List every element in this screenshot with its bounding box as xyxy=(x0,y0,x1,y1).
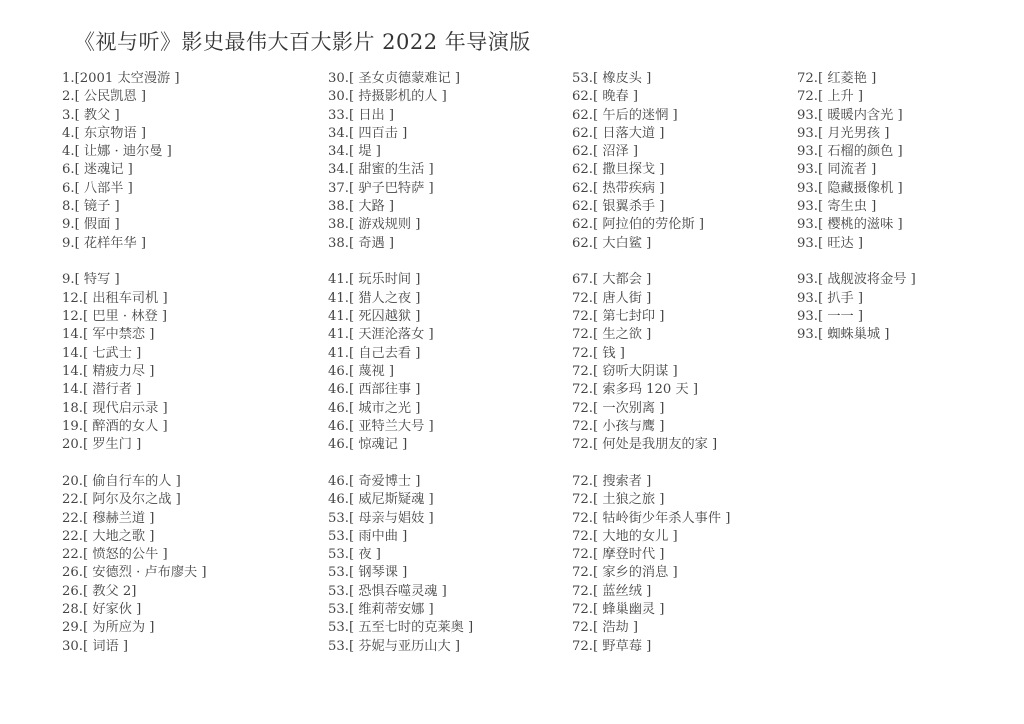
rank-number: 72. xyxy=(572,474,593,489)
list-item: 72.[ 生之欲 ] xyxy=(572,326,812,344)
rank-number: 41. xyxy=(328,327,349,342)
list-group: 67.[ 大都会 ]72.[ 唐人街 ]72.[ 第七封印 ]72.[ 生之欲 … xyxy=(572,271,812,454)
rank-number: 14. xyxy=(62,364,83,379)
list-item: 93.[ 暖暖内含光 ] xyxy=(797,107,1024,125)
list-item: 53.[ 维莉蒂安娜 ] xyxy=(328,601,568,619)
list-group: 41.[ 玩乐时间 ]41.[ 猎人之夜 ]41.[ 死囚越狱 ]41.[ 天涯… xyxy=(328,271,568,454)
rank-number: 1. xyxy=(62,71,75,86)
list-group: 46.[ 奇爱博士 ]46.[ 威尼斯疑魂 ]53.[ 母亲与娼妓 ]53.[ … xyxy=(328,473,568,656)
film-title: [ 猎人之夜 ] xyxy=(349,291,420,306)
rank-number: 19. xyxy=(62,419,83,434)
rank-number: 53. xyxy=(572,71,593,86)
film-title: [ 一一 ] xyxy=(818,309,863,324)
film-title: [ 上升 ] xyxy=(818,89,863,104)
rank-number: 46. xyxy=(328,474,349,489)
rank-number: 72. xyxy=(572,547,593,562)
film-title: [ 土狼之旅 ] xyxy=(593,492,664,507)
rank-number: 34. xyxy=(328,162,349,177)
list-item: 62.[ 热带疾病 ] xyxy=(572,180,812,198)
rank-number: 93. xyxy=(797,291,818,306)
film-title: [ 愤怒的公牛 ] xyxy=(83,547,168,562)
rank-number: 62. xyxy=(572,181,593,196)
rank-number: 72. xyxy=(572,419,593,434)
list-item: 1.[2001 太空漫游 ] xyxy=(62,70,302,88)
rank-number: 33. xyxy=(328,108,349,123)
list-item: 22.[ 阿尔及尔之战 ] xyxy=(62,491,302,509)
rank-number: 30. xyxy=(328,71,349,86)
rank-number: 62. xyxy=(572,217,593,232)
film-title: [ 晚春 ] xyxy=(593,89,638,104)
list-item: 3.[ 教父 ] xyxy=(62,107,302,125)
list-group: 30.[ 圣女贞德蒙难记 ]30.[ 持摄影机的人 ]33.[ 日出 ]34.[… xyxy=(328,70,568,253)
list-item: 93.[ 战舰波将金号 ] xyxy=(797,271,1024,289)
list-item: 72.[ 一次别离 ] xyxy=(572,400,812,418)
rank-number: 62. xyxy=(572,236,593,251)
film-title: [ 偷自行车的人 ] xyxy=(83,474,181,489)
list-item: 22.[ 愤怒的公牛 ] xyxy=(62,546,302,564)
film-title: [ 持摄影机的人 ] xyxy=(349,89,447,104)
rank-number: 72. xyxy=(572,382,593,397)
list-item: 72.[ 土狼之旅 ] xyxy=(572,491,812,509)
film-title: [ 堤 ] xyxy=(349,144,381,159)
film-title: [ 摩登时代 ] xyxy=(593,547,664,562)
film-title: [ 西部往事 ] xyxy=(349,382,420,397)
list-item: 72.[ 摩登时代 ] xyxy=(572,546,812,564)
rank-number: 72. xyxy=(572,511,593,526)
film-title: [ 红菱艳 ] xyxy=(818,71,876,86)
film-title: [ 军中禁恋 ] xyxy=(83,327,154,342)
rank-number: 46. xyxy=(328,437,349,452)
rank-number: 26. xyxy=(62,565,83,580)
list-item: 9.[ 假面 ] xyxy=(62,216,302,234)
rank-number: 67. xyxy=(572,272,593,287)
rank-number: 93. xyxy=(797,108,818,123)
film-title: [ 银翼杀手 ] xyxy=(593,199,664,214)
rank-number: 72. xyxy=(572,327,593,342)
rank-number: 20. xyxy=(62,437,83,452)
list-item: 72.[ 蜂巢幽灵 ] xyxy=(572,601,812,619)
rank-number: 53. xyxy=(328,511,349,526)
list-item: 2.[ 公民凯恩 ] xyxy=(62,88,302,106)
rank-number: 93. xyxy=(797,217,818,232)
rank-number: 62. xyxy=(572,126,593,141)
film-title: [ 东京物语 ] xyxy=(75,126,146,141)
film-title: [ 醉酒的女人 ] xyxy=(83,419,168,434)
rank-number: 93. xyxy=(797,126,818,141)
list-item: 72.[ 窃听大阴谋 ] xyxy=(572,363,812,381)
film-title: [ 唐人街 ] xyxy=(593,291,651,306)
list-column: 72.[ 红菱艳 ]72.[ 上升 ]93.[ 暖暖内含光 ]93.[ 月光男孩… xyxy=(797,70,1024,363)
list-item: 22.[ 大地之歌 ] xyxy=(62,528,302,546)
list-item: 62.[ 大白鲨 ] xyxy=(572,235,812,253)
film-title: [ 潜行者 ] xyxy=(83,382,141,397)
list-group: 72.[ 搜索者 ]72.[ 土狼之旅 ]72.[ 牯岭街少年杀人事件 ]72.… xyxy=(572,473,812,656)
rank-number: 72. xyxy=(572,364,593,379)
list-item: 62.[ 撒旦探戈 ] xyxy=(572,161,812,179)
rank-number: 72. xyxy=(572,602,593,617)
film-title: [ 何处是我朋友的家 ] xyxy=(593,437,717,452)
film-title: [ 大都会 ] xyxy=(593,272,651,287)
list-item: 34.[ 堤 ] xyxy=(328,143,568,161)
rank-number: 22. xyxy=(62,529,83,544)
rank-number: 22. xyxy=(62,492,83,507)
list-item: 9.[ 特写 ] xyxy=(62,271,302,289)
film-title: [ 亚特兰大号 ] xyxy=(349,419,434,434)
film-title: [ 沼泽 ] xyxy=(593,144,638,159)
film-title: [ 窃听大阴谋 ] xyxy=(593,364,678,379)
film-title: [ 同流者 ] xyxy=(818,162,876,177)
list-item: 4.[ 让娜 · 迪尔曼 ] xyxy=(62,143,302,161)
rank-number: 29. xyxy=(62,620,83,635)
rank-number: 62. xyxy=(572,144,593,159)
list-item: 72.[ 红菱艳 ] xyxy=(797,70,1024,88)
list-item: 46.[ 亚特兰大号 ] xyxy=(328,418,568,436)
rank-number: 14. xyxy=(62,382,83,397)
rank-number: 72. xyxy=(572,492,593,507)
list-item: 72.[ 何处是我朋友的家 ] xyxy=(572,436,812,454)
film-title: [ 好家伙 ] xyxy=(83,602,141,617)
rank-number: 53. xyxy=(328,529,349,544)
film-title: [ 穆赫兰道 ] xyxy=(83,511,154,526)
film-title: [ 芬妮与亚历山大 ] xyxy=(349,639,460,654)
rank-number: 93. xyxy=(797,272,818,287)
film-title: [ 奇爱博士 ] xyxy=(349,474,420,489)
film-title: [ 巴里 · 林登 ] xyxy=(83,309,167,324)
list-item: 93.[ 寄生虫 ] xyxy=(797,198,1024,216)
film-title: [ 死囚越狱 ] xyxy=(349,309,420,324)
list-item: 62.[ 午后的迷惘 ] xyxy=(572,107,812,125)
list-item: 14.[ 精疲力尽 ] xyxy=(62,363,302,381)
list-item: 30.[ 词语 ] xyxy=(62,638,302,656)
list-item: 72.[ 大地的女儿 ] xyxy=(572,528,812,546)
list-item: 72.[ 索多玛 120 天 ] xyxy=(572,381,812,399)
rank-number: 30. xyxy=(328,89,349,104)
list-item: 62.[ 沼泽 ] xyxy=(572,143,812,161)
list-item: 46.[ 惊魂记 ] xyxy=(328,436,568,454)
rank-number: 53. xyxy=(328,565,349,580)
rank-number: 62. xyxy=(572,108,593,123)
list-item: 53.[ 母亲与娼妓 ] xyxy=(328,510,568,528)
rank-number: 72. xyxy=(572,309,593,324)
rank-number: 14. xyxy=(62,327,83,342)
rank-number: 93. xyxy=(797,144,818,159)
list-item: 93.[ 隐藏摄像机 ] xyxy=(797,180,1024,198)
rank-number: 4. xyxy=(62,126,75,141)
rank-number: 2. xyxy=(62,89,75,104)
list-item: 38.[ 奇遇 ] xyxy=(328,235,568,253)
rank-number: 72. xyxy=(572,401,593,416)
film-title: [ 钢琴课 ] xyxy=(349,565,407,580)
rank-number: 9. xyxy=(62,217,75,232)
list-item: 19.[ 醉酒的女人 ] xyxy=(62,418,302,436)
list-item: 53.[ 钢琴课 ] xyxy=(328,564,568,582)
list-item: 46.[ 奇爱博士 ] xyxy=(328,473,568,491)
rank-number: 93. xyxy=(797,327,818,342)
list-item: 33.[ 日出 ] xyxy=(328,107,568,125)
film-title: [ 让娜 · 迪尔曼 ] xyxy=(75,144,172,159)
list-item: 72.[ 浩劫 ] xyxy=(572,619,812,637)
rank-number: 46. xyxy=(328,492,349,507)
list-item: 93.[ 扒手 ] xyxy=(797,290,1024,308)
film-title: [ 母亲与娼妓 ] xyxy=(349,511,434,526)
film-title: [ 蜂巢幽灵 ] xyxy=(593,602,664,617)
film-title: [ 隐藏摄像机 ] xyxy=(818,181,903,196)
list-item: 28.[ 好家伙 ] xyxy=(62,601,302,619)
film-title: [ 午后的迷惘 ] xyxy=(593,108,678,123)
rank-number: 53. xyxy=(328,639,349,654)
rank-number: 3. xyxy=(62,108,75,123)
film-title: [ 现代启示录 ] xyxy=(83,401,168,416)
list-item: 41.[ 猎人之夜 ] xyxy=(328,290,568,308)
film-title: [ 特写 ] xyxy=(75,272,120,287)
film-title: [ 战舰波将金号 ] xyxy=(818,272,916,287)
rank-number: 46. xyxy=(328,401,349,416)
film-title: [ 天涯沦落女 ] xyxy=(349,327,434,342)
list-item: 6.[ 迷魂记 ] xyxy=(62,161,302,179)
list-item: 14.[ 潜行者 ] xyxy=(62,381,302,399)
rank-number: 18. xyxy=(62,401,83,416)
film-title: [ 奇遇 ] xyxy=(349,236,394,251)
film-title: [ 花样年华 ] xyxy=(75,236,146,251)
rank-number: 12. xyxy=(62,309,83,324)
list-item: 53.[ 五至七时的克莱奥 ] xyxy=(328,619,568,637)
film-title: [ 七武士 ] xyxy=(83,346,141,361)
page-title: 《视与听》影史最伟大百大影片 2022 年导演版 xyxy=(74,26,531,56)
rank-number: 93. xyxy=(797,309,818,324)
rank-number: 41. xyxy=(328,291,349,306)
film-title: [ 樱桃的滋味 ] xyxy=(818,217,903,232)
list-column: 30.[ 圣女贞德蒙难记 ]30.[ 持摄影机的人 ]33.[ 日出 ]34.[… xyxy=(328,70,568,674)
list-item: 4.[ 东京物语 ] xyxy=(62,125,302,143)
film-title: [ 大路 ] xyxy=(349,199,394,214)
rank-number: 72. xyxy=(572,437,593,452)
list-item: 72.[ 唐人街 ] xyxy=(572,290,812,308)
list-item: 14.[ 军中禁恋 ] xyxy=(62,326,302,344)
film-title: [ 教父 ] xyxy=(75,108,120,123)
list-item: 72.[ 蓝丝绒 ] xyxy=(572,583,812,601)
list-group: 1.[2001 太空漫游 ]2.[ 公民凯恩 ]3.[ 教父 ]4.[ 东京物语… xyxy=(62,70,302,253)
rank-number: 6. xyxy=(62,181,75,196)
rank-number: 34. xyxy=(328,126,349,141)
list-item: 12.[ 巴里 · 林登 ] xyxy=(62,308,302,326)
list-item: 53.[ 橡皮头 ] xyxy=(572,70,812,88)
list-item: 72.[ 搜索者 ] xyxy=(572,473,812,491)
film-title: [ 自己去看 ] xyxy=(349,346,420,361)
film-title: [ 扒手 ] xyxy=(818,291,863,306)
list-item: 93.[ 石榴的颜色 ] xyxy=(797,143,1024,161)
list-item: 30.[ 圣女贞德蒙难记 ] xyxy=(328,70,568,88)
rank-number: 22. xyxy=(62,511,83,526)
list-group: 72.[ 红菱艳 ]72.[ 上升 ]93.[ 暖暖内含光 ]93.[ 月光男孩… xyxy=(797,70,1024,253)
film-title: [ 罗生门 ] xyxy=(83,437,141,452)
list-item: 41.[ 自己去看 ] xyxy=(328,345,568,363)
rank-number: 38. xyxy=(328,236,349,251)
list-item: 62.[ 晚春 ] xyxy=(572,88,812,106)
list-item: 41.[ 死囚越狱 ] xyxy=(328,308,568,326)
list-item: 62.[ 阿拉伯的劳伦斯 ] xyxy=(572,216,812,234)
list-item: 20.[ 罗生门 ] xyxy=(62,436,302,454)
list-item: 9.[ 花样年华 ] xyxy=(62,235,302,253)
list-item: 93.[ 月光男孩 ] xyxy=(797,125,1024,143)
list-item: 46.[ 城市之光 ] xyxy=(328,400,568,418)
film-title: [ 城市之光 ] xyxy=(349,401,420,416)
rank-number: 20. xyxy=(62,474,83,489)
list-item: 18.[ 现代启示录 ] xyxy=(62,400,302,418)
rank-number: 93. xyxy=(797,199,818,214)
rank-number: 93. xyxy=(797,236,818,251)
rank-number: 9. xyxy=(62,272,75,287)
film-title: [ 家乡的消息 ] xyxy=(593,565,678,580)
film-title: [ 生之欲 ] xyxy=(593,327,651,342)
rank-number: 72. xyxy=(797,71,818,86)
film-title: [ 公民凯恩 ] xyxy=(75,89,146,104)
list-item: 72.[ 第七封印 ] xyxy=(572,308,812,326)
list-item: 30.[ 持摄影机的人 ] xyxy=(328,88,568,106)
rank-number: 28. xyxy=(62,602,83,617)
film-title: [ 浩劫 ] xyxy=(593,620,638,635)
rank-number: 38. xyxy=(328,217,349,232)
film-title: [ 大地的女儿 ] xyxy=(593,529,678,544)
rank-number: 34. xyxy=(328,144,349,159)
film-title: [ 牯岭街少年杀人事件 ] xyxy=(593,511,730,526)
list-item: 72.[ 钱 ] xyxy=(572,345,812,363)
film-title: [ 为所应为 ] xyxy=(83,620,154,635)
list-item: 53.[ 恐惧吞噬灵魂 ] xyxy=(328,583,568,601)
rank-number: 46. xyxy=(328,364,349,379)
rank-number: 53. xyxy=(328,584,349,599)
rank-number: 53. xyxy=(328,547,349,562)
list-item: 53.[ 夜 ] xyxy=(328,546,568,564)
film-title: [ 阿拉伯的劳伦斯 ] xyxy=(593,217,704,232)
film-title: [ 撒旦探戈 ] xyxy=(593,162,664,177)
list-item: 38.[ 大路 ] xyxy=(328,198,568,216)
film-title: [ 五至七时的克莱奥 ] xyxy=(349,620,473,635)
list-item: 62.[ 银翼杀手 ] xyxy=(572,198,812,216)
rank-number: 30. xyxy=(62,639,83,654)
list-item: 72.[ 野草莓 ] xyxy=(572,638,812,656)
film-title: [ 四百击 ] xyxy=(349,126,407,141)
list-item: 46.[ 西部往事 ] xyxy=(328,381,568,399)
list-group: 20.[ 偷自行车的人 ]22.[ 阿尔及尔之战 ]22.[ 穆赫兰道 ]22.… xyxy=(62,473,302,656)
list-group: 93.[ 战舰波将金号 ]93.[ 扒手 ]93.[ 一一 ]93.[ 蜘蛛巢城… xyxy=(797,271,1024,344)
rank-number: 4. xyxy=(62,144,75,159)
film-title: [ 雨中曲 ] xyxy=(349,529,407,544)
rank-number: 53. xyxy=(328,602,349,617)
list-column: 1.[2001 太空漫游 ]2.[ 公民凯恩 ]3.[ 教父 ]4.[ 东京物语… xyxy=(62,70,302,674)
list-item: 14.[ 七武士 ] xyxy=(62,345,302,363)
film-title: [2001 太空漫游 ] xyxy=(75,71,180,86)
film-title: [ 安德烈 · 卢布廖夫 ] xyxy=(83,565,207,580)
list-item: 6.[ 八部半 ] xyxy=(62,180,302,198)
film-title: [ 迷魂记 ] xyxy=(75,162,133,177)
list-item: 34.[ 甜蜜的生活 ] xyxy=(328,161,568,179)
list-group: 53.[ 橡皮头 ]62.[ 晚春 ]62.[ 午后的迷惘 ]62.[ 日落大道… xyxy=(572,70,812,253)
rank-number: 9. xyxy=(62,236,75,251)
list-item: 72.[ 牯岭街少年杀人事件 ] xyxy=(572,510,812,528)
rank-number: 53. xyxy=(328,620,349,635)
list-item: 72.[ 小孩与鹰 ] xyxy=(572,418,812,436)
list-item: 93.[ 一一 ] xyxy=(797,308,1024,326)
film-title: [ 月光男孩 ] xyxy=(818,126,889,141)
film-title: [ 圣女贞德蒙难记 ] xyxy=(349,71,460,86)
list-item: 41.[ 玩乐时间 ] xyxy=(328,271,568,289)
film-title: [ 教父 2] xyxy=(83,584,136,599)
film-title: [ 一次别离 ] xyxy=(593,401,664,416)
film-title: [ 蜘蛛巢城 ] xyxy=(818,327,889,342)
film-title: [ 维莉蒂安娜 ] xyxy=(349,602,434,617)
list-item: 46.[ 威尼斯疑魂 ] xyxy=(328,491,568,509)
list-item: 29.[ 为所应为 ] xyxy=(62,619,302,637)
rank-number: 8. xyxy=(62,199,75,214)
rank-number: 93. xyxy=(797,162,818,177)
list-item: 20.[ 偷自行车的人 ] xyxy=(62,473,302,491)
film-title: [ 词语 ] xyxy=(83,639,128,654)
film-title: [ 游戏规则 ] xyxy=(349,217,420,232)
rank-number: 46. xyxy=(328,382,349,397)
film-title: [ 驴子巴特萨 ] xyxy=(349,181,434,196)
list-group: 9.[ 特写 ]12.[ 出租车司机 ]12.[ 巴里 · 林登 ]14.[ 军… xyxy=(62,271,302,454)
film-title: [ 玩乐时间 ] xyxy=(349,272,420,287)
film-title: [ 暖暖内含光 ] xyxy=(818,108,903,123)
list-item: 72.[ 上升 ] xyxy=(797,88,1024,106)
rank-number: 41. xyxy=(328,309,349,324)
film-title: [ 蔑视 ] xyxy=(349,364,394,379)
list-item: 26.[ 安德烈 · 卢布廖夫 ] xyxy=(62,564,302,582)
rank-number: 62. xyxy=(572,199,593,214)
list-item: 93.[ 樱桃的滋味 ] xyxy=(797,216,1024,234)
film-title: [ 惊魂记 ] xyxy=(349,437,407,452)
rank-number: 14. xyxy=(62,346,83,361)
rank-number: 72. xyxy=(572,529,593,544)
list-item: 53.[ 雨中曲 ] xyxy=(328,528,568,546)
film-title: [ 第七封印 ] xyxy=(593,309,664,324)
list-item: 62.[ 日落大道 ] xyxy=(572,125,812,143)
film-title: [ 八部半 ] xyxy=(75,181,133,196)
list-item: 93.[ 旺达 ] xyxy=(797,235,1024,253)
list-item: 72.[ 家乡的消息 ] xyxy=(572,564,812,582)
film-title: [ 恐惧吞噬灵魂 ] xyxy=(349,584,447,599)
film-title: [ 日出 ] xyxy=(349,108,394,123)
film-title: [ 热带疾病 ] xyxy=(593,181,664,196)
film-title: [ 夜 ] xyxy=(349,547,381,562)
rank-number: 41. xyxy=(328,346,349,361)
film-title: [ 索多玛 120 天 ] xyxy=(593,382,698,397)
list-item: 41.[ 天涯沦落女 ] xyxy=(328,326,568,344)
film-title: [ 钱 ] xyxy=(593,346,625,361)
list-item: 34.[ 四百击 ] xyxy=(328,125,568,143)
film-title: [ 蓝丝绒 ] xyxy=(593,584,651,599)
list-item: 93.[ 蜘蛛巢城 ] xyxy=(797,326,1024,344)
film-title: [ 甜蜜的生活 ] xyxy=(349,162,434,177)
list-item: 93.[ 同流者 ] xyxy=(797,161,1024,179)
rank-number: 72. xyxy=(572,620,593,635)
rank-number: 62. xyxy=(572,89,593,104)
film-title: [ 大地之歌 ] xyxy=(83,529,154,544)
rank-number: 26. xyxy=(62,584,83,599)
rank-number: 72. xyxy=(572,639,593,654)
rank-number: 72. xyxy=(572,565,593,580)
rank-number: 12. xyxy=(62,291,83,306)
list-item: 38.[ 游戏规则 ] xyxy=(328,216,568,234)
film-title: [ 阿尔及尔之战 ] xyxy=(83,492,181,507)
film-title: [ 搜索者 ] xyxy=(593,474,651,489)
film-title: [ 野草莓 ] xyxy=(593,639,651,654)
rank-number: 41. xyxy=(328,272,349,287)
list-item: 53.[ 芬妮与亚历山大 ] xyxy=(328,638,568,656)
list-item: 22.[ 穆赫兰道 ] xyxy=(62,510,302,528)
film-title: [ 橡皮头 ] xyxy=(593,71,651,86)
rank-number: 37. xyxy=(328,181,349,196)
